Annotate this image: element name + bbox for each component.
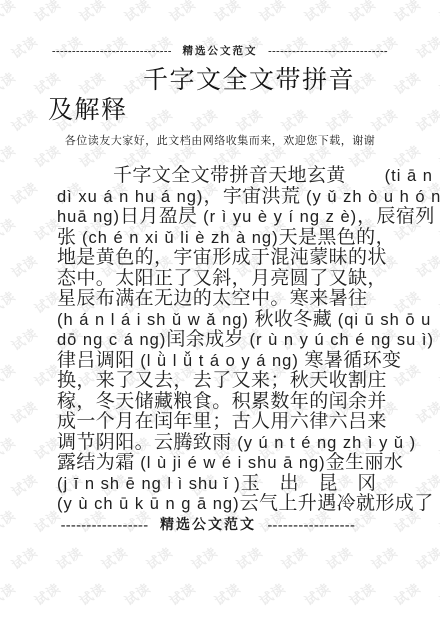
chinese-text: 律吕调阳	[57, 350, 135, 371]
chinese-text: 秋收冬藏	[255, 309, 333, 330]
chinese-text: 千字文全文带拼音天地玄黄	[113, 165, 385, 186]
pinyin-text: (r ì yu è y í ng z è)	[198, 208, 358, 226]
chinese-text: 调节阴阳。云腾致雨	[57, 432, 232, 453]
chinese-text: 云气上升遇冷就形成了	[240, 493, 434, 514]
chinese-text: 寒暑循环变	[304, 350, 401, 371]
body-line: 地是黄色的，宇宙形成于混沌蒙昧的状	[57, 248, 397, 269]
pinyin-text: dì xu á n hu á ng)	[57, 188, 203, 206]
chinese-text: 稼，冬天储藏粮食。积累数年的闰余并	[57, 391, 387, 412]
chinese-text: 换，来了又去，去了又来；秋天收割庄	[57, 370, 387, 391]
body-line: 律吕调阳 (l ǜ l ǚ t á o y á ng) 寒暑循环变	[57, 351, 397, 372]
footer-dash-left: -----------------	[61, 518, 149, 533]
page-footer: ----------------- 精选公文范文 ---------------…	[0, 514, 428, 534]
chinese-text: 露结为霜	[57, 452, 135, 473]
pinyin-text: dō ng c á ng)	[57, 331, 166, 349]
title-line-1: 千字文全文带拼音	[143, 66, 408, 96]
body-paragraph: 千字文全文带拼音天地玄黄 (ti ā ndì xu á n hu á ng)，宇…	[57, 166, 397, 515]
body-line: 稼，冬天储藏粮食。积累数年的闰余并	[57, 392, 397, 413]
pinyin-text: (r ù n y ú ch é ng su ì)	[244, 331, 434, 349]
page-header: ------------------------------ 精选公文范文 --…	[0, 43, 440, 58]
body-line: (h á n l á i sh ǔ w ǎ ng) 秋收冬藏 (qi ū sh …	[57, 310, 397, 331]
chinese-text: 日月盈昃	[120, 206, 198, 227]
pinyin-text: (l ǜ l ǚ t á o y á ng)	[135, 352, 305, 370]
chinese-text: 张	[57, 227, 76, 248]
body-line: 换，来了又去，去了又来；秋天收割庄	[57, 371, 397, 392]
header-dash-right: ------------------------------	[268, 46, 388, 57]
pinyin-text: (y ǔ zh ò u h ó ng	[300, 188, 440, 206]
document-page: 试读试读试读试读试读试读试读试读试读试读试读试读试读试读试读试读试读试读试读试读…	[0, 0, 440, 620]
chinese-text: 闰余成岁	[166, 329, 244, 350]
chinese-text: 星辰布满在无边的太空中。寒来暑往	[57, 288, 367, 309]
chinese-text: ，宇宙洪荒	[203, 186, 300, 207]
header-label: 精选公文范文	[183, 46, 258, 57]
pinyin-text: (ch é n xi ǔ li è zh à ng)	[76, 229, 278, 247]
pinyin-text: (y ú n t é ng zh ì y ǔ )	[232, 434, 417, 452]
chinese-text: 地是黄色的，宇宙形成于混沌蒙昧的状	[57, 247, 387, 268]
body-line: 张 (ch é n xi ǔ li è zh à ng)天是黑色的，	[57, 228, 397, 249]
page-number: 1	[343, 499, 348, 509]
pinyin-text: (j ī n sh ē ng l ì shu ǐ )	[57, 475, 241, 493]
page-content: ------------------------------ 精选公文范文 --…	[0, 0, 440, 620]
pinyin-text: (l ù ji é w é i shu ā ng)	[135, 454, 326, 472]
body-line: dì xu á n hu á ng)，宇宙洪荒 (y ǔ zh ò u h ó …	[57, 187, 397, 208]
chinese-text: 态中。太阳正了又斜，月亮圆了又缺，	[57, 268, 387, 289]
body-line: 千字文全文带拼音天地玄黄 (ti ā n	[57, 166, 397, 187]
pinyin-text: huā ng)	[57, 208, 120, 226]
body-line: 成一个月在闰年里；古人用六律六吕来	[57, 412, 397, 433]
pinyin-text: (h á n l á i sh ǔ w ǎ ng)	[57, 311, 255, 329]
body-line: (j ī n sh ē ng l ì shu ǐ )玉 出 昆 冈	[57, 474, 397, 495]
header-dash-left: ------------------------------	[52, 46, 172, 57]
chinese-text: 天是黑色的，	[279, 227, 395, 248]
document-title: 千字文全文带拼音 及解释	[48, 66, 408, 126]
pinyin-text: (qi ū sh ō u	[332, 311, 431, 329]
body-line: 星辰布满在无边的太空中。寒来暑往	[57, 289, 397, 310]
pinyin-text: (y ù ch ū k ū n g ā ng)	[57, 495, 240, 513]
body-line: huā ng)日月盈昃 (r ì yu è y í ng z è)，辰宿列	[57, 207, 397, 228]
chinese-text: 玉 出 昆 冈	[241, 473, 377, 494]
body-line: 态中。太阳正了又斜，月亮圆了又缺，	[57, 269, 397, 290]
greeting-line: 各位读友大家好，此文档由网络收集而来，欢迎您下载，谢谢	[0, 132, 440, 148]
pinyin-text: (ti ā n	[385, 167, 433, 185]
body-line: dō ng c á ng)闰余成岁 (r ù n y ú ch é ng su …	[57, 330, 397, 351]
chinese-text: ，辰宿列	[357, 206, 435, 227]
chinese-text: 金生丽水	[326, 452, 404, 473]
footer-label: 精选公文范文	[160, 518, 256, 533]
chinese-text: 成一个月在闰年里；古人用六律六吕来	[57, 411, 387, 432]
body-line: 露结为霜 (l ù ji é w é i shu ā ng)金生丽水	[57, 453, 397, 474]
body-line: 调节阴阳。云腾致雨 (y ú n t é ng zh ì y ǔ )	[57, 433, 397, 454]
title-line-2: 及解释	[48, 96, 408, 126]
footer-dash-right: -----------------	[268, 518, 356, 533]
